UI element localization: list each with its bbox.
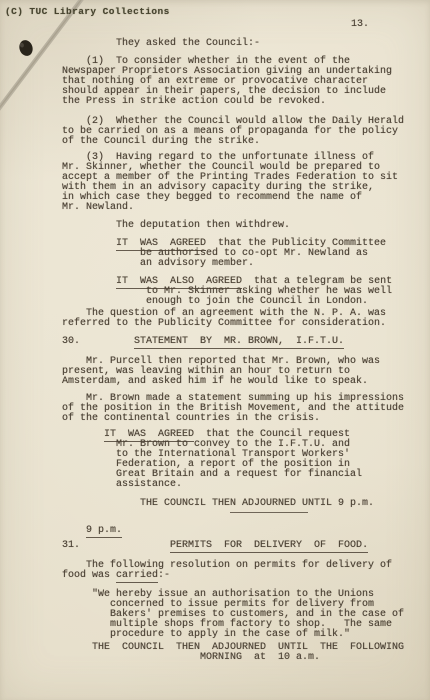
npa-paragraph: The question of an agreement with the N.… <box>62 309 404 329</box>
text-line: 9 p.m. <box>62 526 404 536</box>
food-permits-quote: "We hereby issue an authorisation to the… <box>62 590 404 640</box>
brown-statement-paragraph: Mr. Brown made a statement summing up hi… <box>62 394 404 424</box>
deputation-line: The deputation then withdrew. <box>62 221 404 231</box>
item-1-paragraph: (1) To consider whether in the event of … <box>62 57 404 107</box>
final-adjournment: THE COUNCIL THEN ADJOURNED UNTIL THE FOL… <box>62 643 404 663</box>
watermark-text: (C) TUC Library Collections <box>5 6 170 17</box>
time-9pm-label: 9 p.m. <box>62 526 404 536</box>
adjournment-9pm-line: THE COUNCIL THEN ADJOURNED UNTIL 9 p.m. <box>62 499 404 509</box>
text-line: the Press in strike action could be revo… <box>62 97 404 107</box>
text-line: 30. STATEMENT BY MR. BROWN, I.F.T.U. <box>62 337 404 347</box>
text-line: MORNING at 10 a.m. <box>62 653 404 663</box>
pin-head-blob <box>17 38 34 57</box>
item-2-paragraph: (2) Whether the Council would allow the … <box>62 117 404 147</box>
resolution-intro-paragraph: The following resolution on permits for … <box>62 561 404 581</box>
agreed-iftu-resolution: IT WAS AGREED that the Council request M… <box>62 430 404 490</box>
text-line: enough to join the Council in London. <box>62 297 404 307</box>
text-line: THE COUNCIL THEN ADJOURNED UNTIL 9 p.m. <box>62 499 404 509</box>
purcell-paragraph: Mr. Purcell then reported that Mr. Brown… <box>62 357 404 387</box>
typewritten-content: They asked the Council:- (1) To consider… <box>62 39 404 663</box>
text-line: 31. PERMITS FOR DELIVERY OF FOOD. <box>62 541 404 551</box>
text-line: procedure to apply in the case of milk." <box>62 630 404 640</box>
text-line: of the continental countries in the cris… <box>62 414 404 424</box>
text-line: an advisory member. <box>62 259 404 269</box>
text-line: assistance. <box>62 480 404 490</box>
intro-line: They asked the Council:- <box>62 39 404 49</box>
agreed-publicity-resolution: IT WAS AGREED that the Publicity Committ… <box>62 239 404 269</box>
item-3-paragraph: (3) Having regard to the unfortunate ill… <box>62 153 404 213</box>
section-31-heading: 31. PERMITS FOR DELIVERY OF FOOD. <box>62 541 404 551</box>
agreed-telegram-resolution: IT WAS ALSO AGREED that a telegram be se… <box>62 277 404 307</box>
document-page: (C) TUC Library Collections 13. They ask… <box>0 0 430 700</box>
text-line: food was carried:- <box>62 571 404 581</box>
section-30-heading: 30. STATEMENT BY MR. BROWN, I.F.T.U. <box>62 337 404 347</box>
text-line: The deputation then withdrew. <box>62 221 404 231</box>
divider-rule <box>230 512 308 513</box>
page-number: 13. <box>351 19 369 30</box>
text-line: of the Council during the strike. <box>62 137 404 147</box>
text-line: Amsterdam, and asked him if he would lik… <box>62 377 404 387</box>
text-line: Mr. Newland. <box>62 203 404 213</box>
text-line: They asked the Council:- <box>62 39 404 49</box>
text-line: referred to the Publicity Committee for … <box>62 319 404 329</box>
